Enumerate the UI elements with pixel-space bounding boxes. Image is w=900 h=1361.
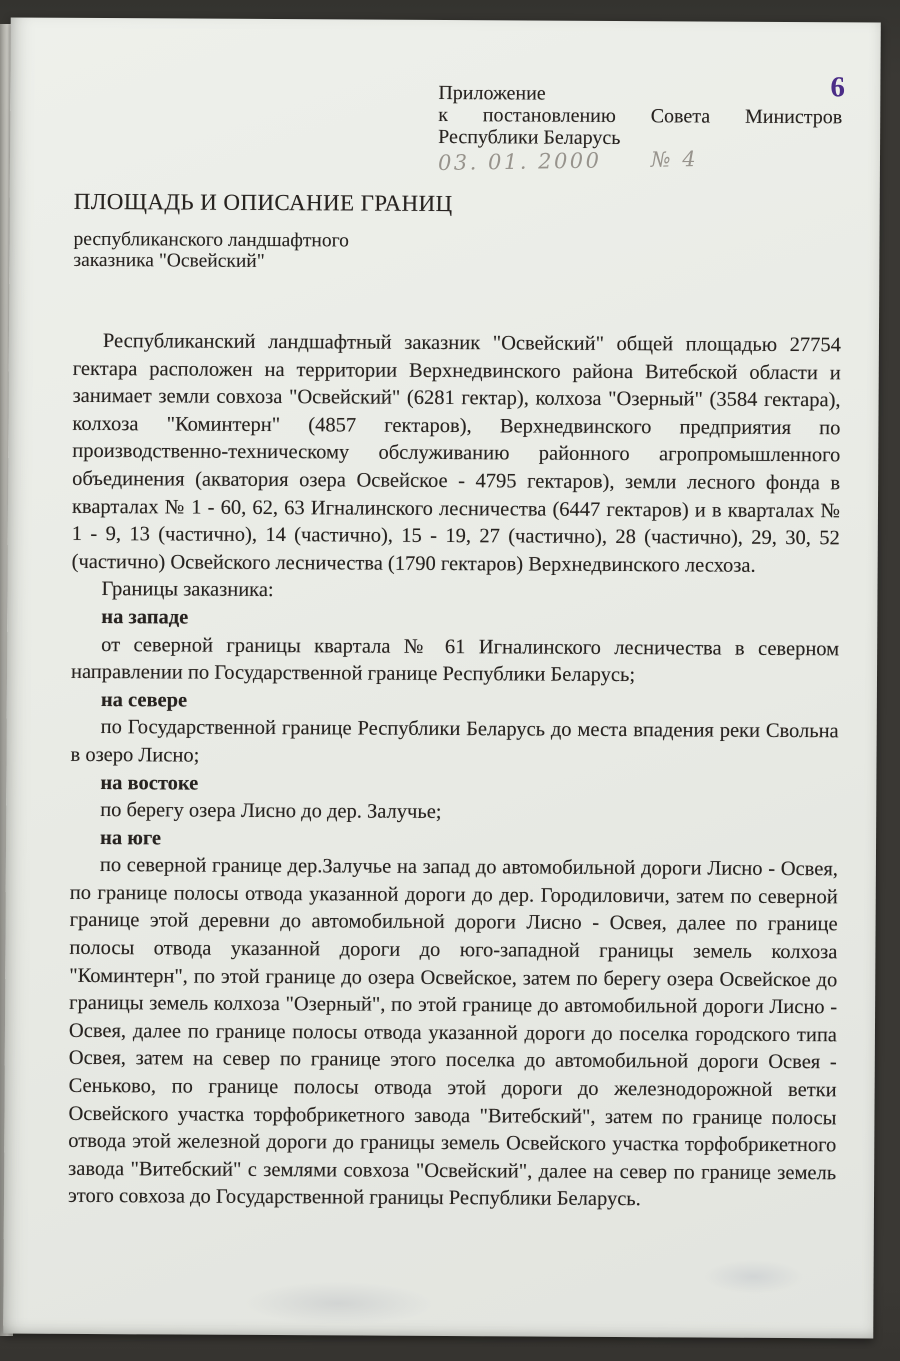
stamp-date: 03. 01. 2000 [438, 148, 602, 174]
east-paragraph: по берегу озера Лисно до дер. Залучье; [70, 797, 838, 829]
header-line-2: к постановлению Совета Министров [438, 104, 842, 128]
north-heading: на севере [71, 687, 839, 719]
intro-paragraph: Республиканский ландшафтный заказник "Ос… [72, 328, 841, 581]
header-block: Приложение к постановлению Совета Минист… [438, 82, 842, 150]
subtitle-line-2: заказника "Освейский" [73, 250, 841, 275]
scanner-background: 6 Приложение к постановлению Совета Мини… [0, 0, 900, 1361]
borders-label: Границы заказника: [71, 576, 839, 608]
handwritten-stamp: 03. 01. 2000 № 4 [438, 145, 842, 175]
document-title: ПЛОЩАДЬ И ОПИСАНИЕ ГРАНИЦ [74, 189, 842, 219]
header-line-1: Приложение [438, 82, 842, 106]
north-paragraph: по Государственной границе Республики Бе… [70, 714, 838, 774]
east-heading: на востоке [70, 769, 838, 801]
south-paragraph: по северной границе дер.Залучье на запад… [68, 852, 838, 1215]
document-subtitle: республиканского ландшафтного заказника … [73, 229, 841, 275]
page-number: 6 [830, 71, 845, 104]
stamp-number: № 4 [651, 147, 699, 172]
south-heading: на юге [70, 825, 838, 857]
west-paragraph: от северной границы квартала № 61 Игнали… [71, 631, 839, 691]
scan-smudge [243, 1281, 433, 1326]
document-page: 6 Приложение к постановлению Совета Мини… [3, 18, 881, 1339]
west-heading: на западе [71, 604, 839, 636]
scan-smudge [703, 1260, 803, 1295]
document-body: Республиканский ландшафтный заказник "Ос… [68, 328, 841, 1215]
